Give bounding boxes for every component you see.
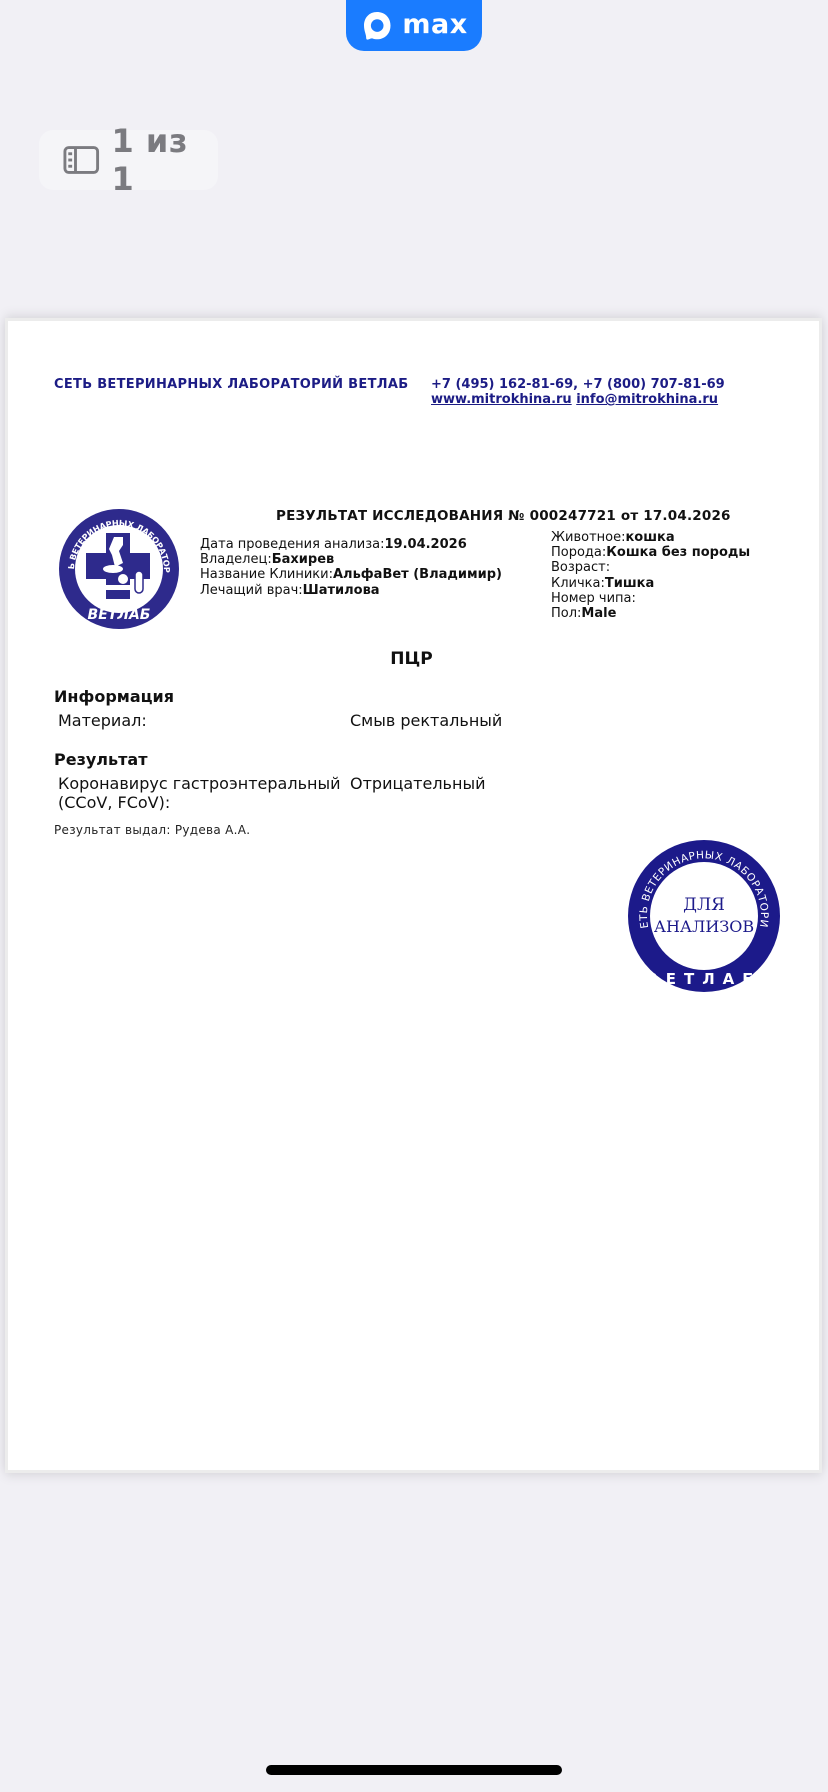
org-name: СЕТЬ ВЕТЕРИНАРНЫХ ЛАБОРАТОРИЙ ВЕТЛАБ: [54, 377, 408, 392]
document-page[interactable]: СЕТЬ ВЕТЕРИНАРНЫХ ЛАБОРАТОРИЙ ВЕТЛАБ +7 …: [5, 318, 822, 1473]
issuer: Результат выдал: Рудева А.А.: [54, 823, 250, 837]
clinic-row: Название Клиники:АльфаВет (Владимир): [200, 567, 502, 582]
sex-row: Пол:Male: [551, 606, 750, 621]
material-value: Смыв ректальный: [350, 711, 502, 730]
contacts: +7 (495) 162-81-69, +7 (800) 707-81-69 w…: [431, 377, 725, 407]
info-section-title: Информация: [54, 687, 174, 706]
sidebar-pages-icon: [63, 145, 100, 175]
phones: +7 (495) 162-81-69, +7 (800) 707-81-69: [431, 377, 725, 392]
app-name: max: [402, 11, 467, 38]
max-logo-icon: [360, 9, 394, 43]
method-title: ПЦР: [8, 649, 819, 669]
home-indicator[interactable]: [266, 1765, 562, 1775]
chip-row: Номер чипа:: [551, 591, 750, 606]
test-label: Коронавирус гастроэнтеральный (CCoV, FCo…: [58, 774, 340, 812]
pet-name-row: Кличка:Тишка: [551, 576, 750, 591]
svg-text:ДЛЯ: ДЛЯ: [683, 895, 725, 915]
result-section-title: Результат: [54, 750, 147, 769]
page-counter[interactable]: 1 из 1: [39, 130, 218, 190]
svg-text:АНАЛИЗОВ: АНАЛИЗОВ: [654, 917, 754, 936]
report-title: РЕЗУЛЬТАТ ИССЛЕДОВАНИЯ № 000247721 от 17…: [276, 508, 731, 524]
material-label: Материал:: [58, 711, 147, 730]
website-link[interactable]: www.mitrokhina.ru: [431, 392, 572, 407]
svg-text:ВЕТЛАБ: ВЕТЛАБ: [88, 607, 151, 623]
lab-stamp-icon: СЕТЬ ВЕТЕРИНАРНЫХ ЛАБОРАТОРИЙ ВЕТЛАБ ДЛЯ…: [626, 838, 782, 994]
test-result-value: Отрицательный: [350, 774, 485, 793]
doctor-row: Лечащий врач:Шатилова: [200, 583, 502, 598]
owner-row: Владелец:Бахирев: [200, 552, 502, 567]
email-link[interactable]: info@mitrokhina.ru: [576, 392, 718, 407]
svg-text:ВЕТЛАБ: ВЕТЛАБ: [646, 970, 761, 988]
analysis-date-row: Дата проведения анализа:19.04.2026: [200, 537, 502, 552]
animal-row: Животное:кошка: [551, 530, 750, 545]
breed-row: Порода:Кошка без породы: [551, 545, 750, 560]
app-badge[interactable]: max: [346, 0, 482, 51]
info-right: Животное:кошка Порода:Кошка без породы В…: [551, 530, 750, 621]
vetlab-logo-icon: СЕТЬ ВЕТЕРИНАРНЫХ ЛАБОРАТОРИЙ ВЕТЛАБ: [57, 507, 181, 631]
page-counter-text: 1 из 1: [112, 122, 218, 198]
age-row: Возраст:: [551, 560, 750, 575]
info-left: Дата проведения анализа:19.04.2026 Владе…: [200, 537, 502, 598]
